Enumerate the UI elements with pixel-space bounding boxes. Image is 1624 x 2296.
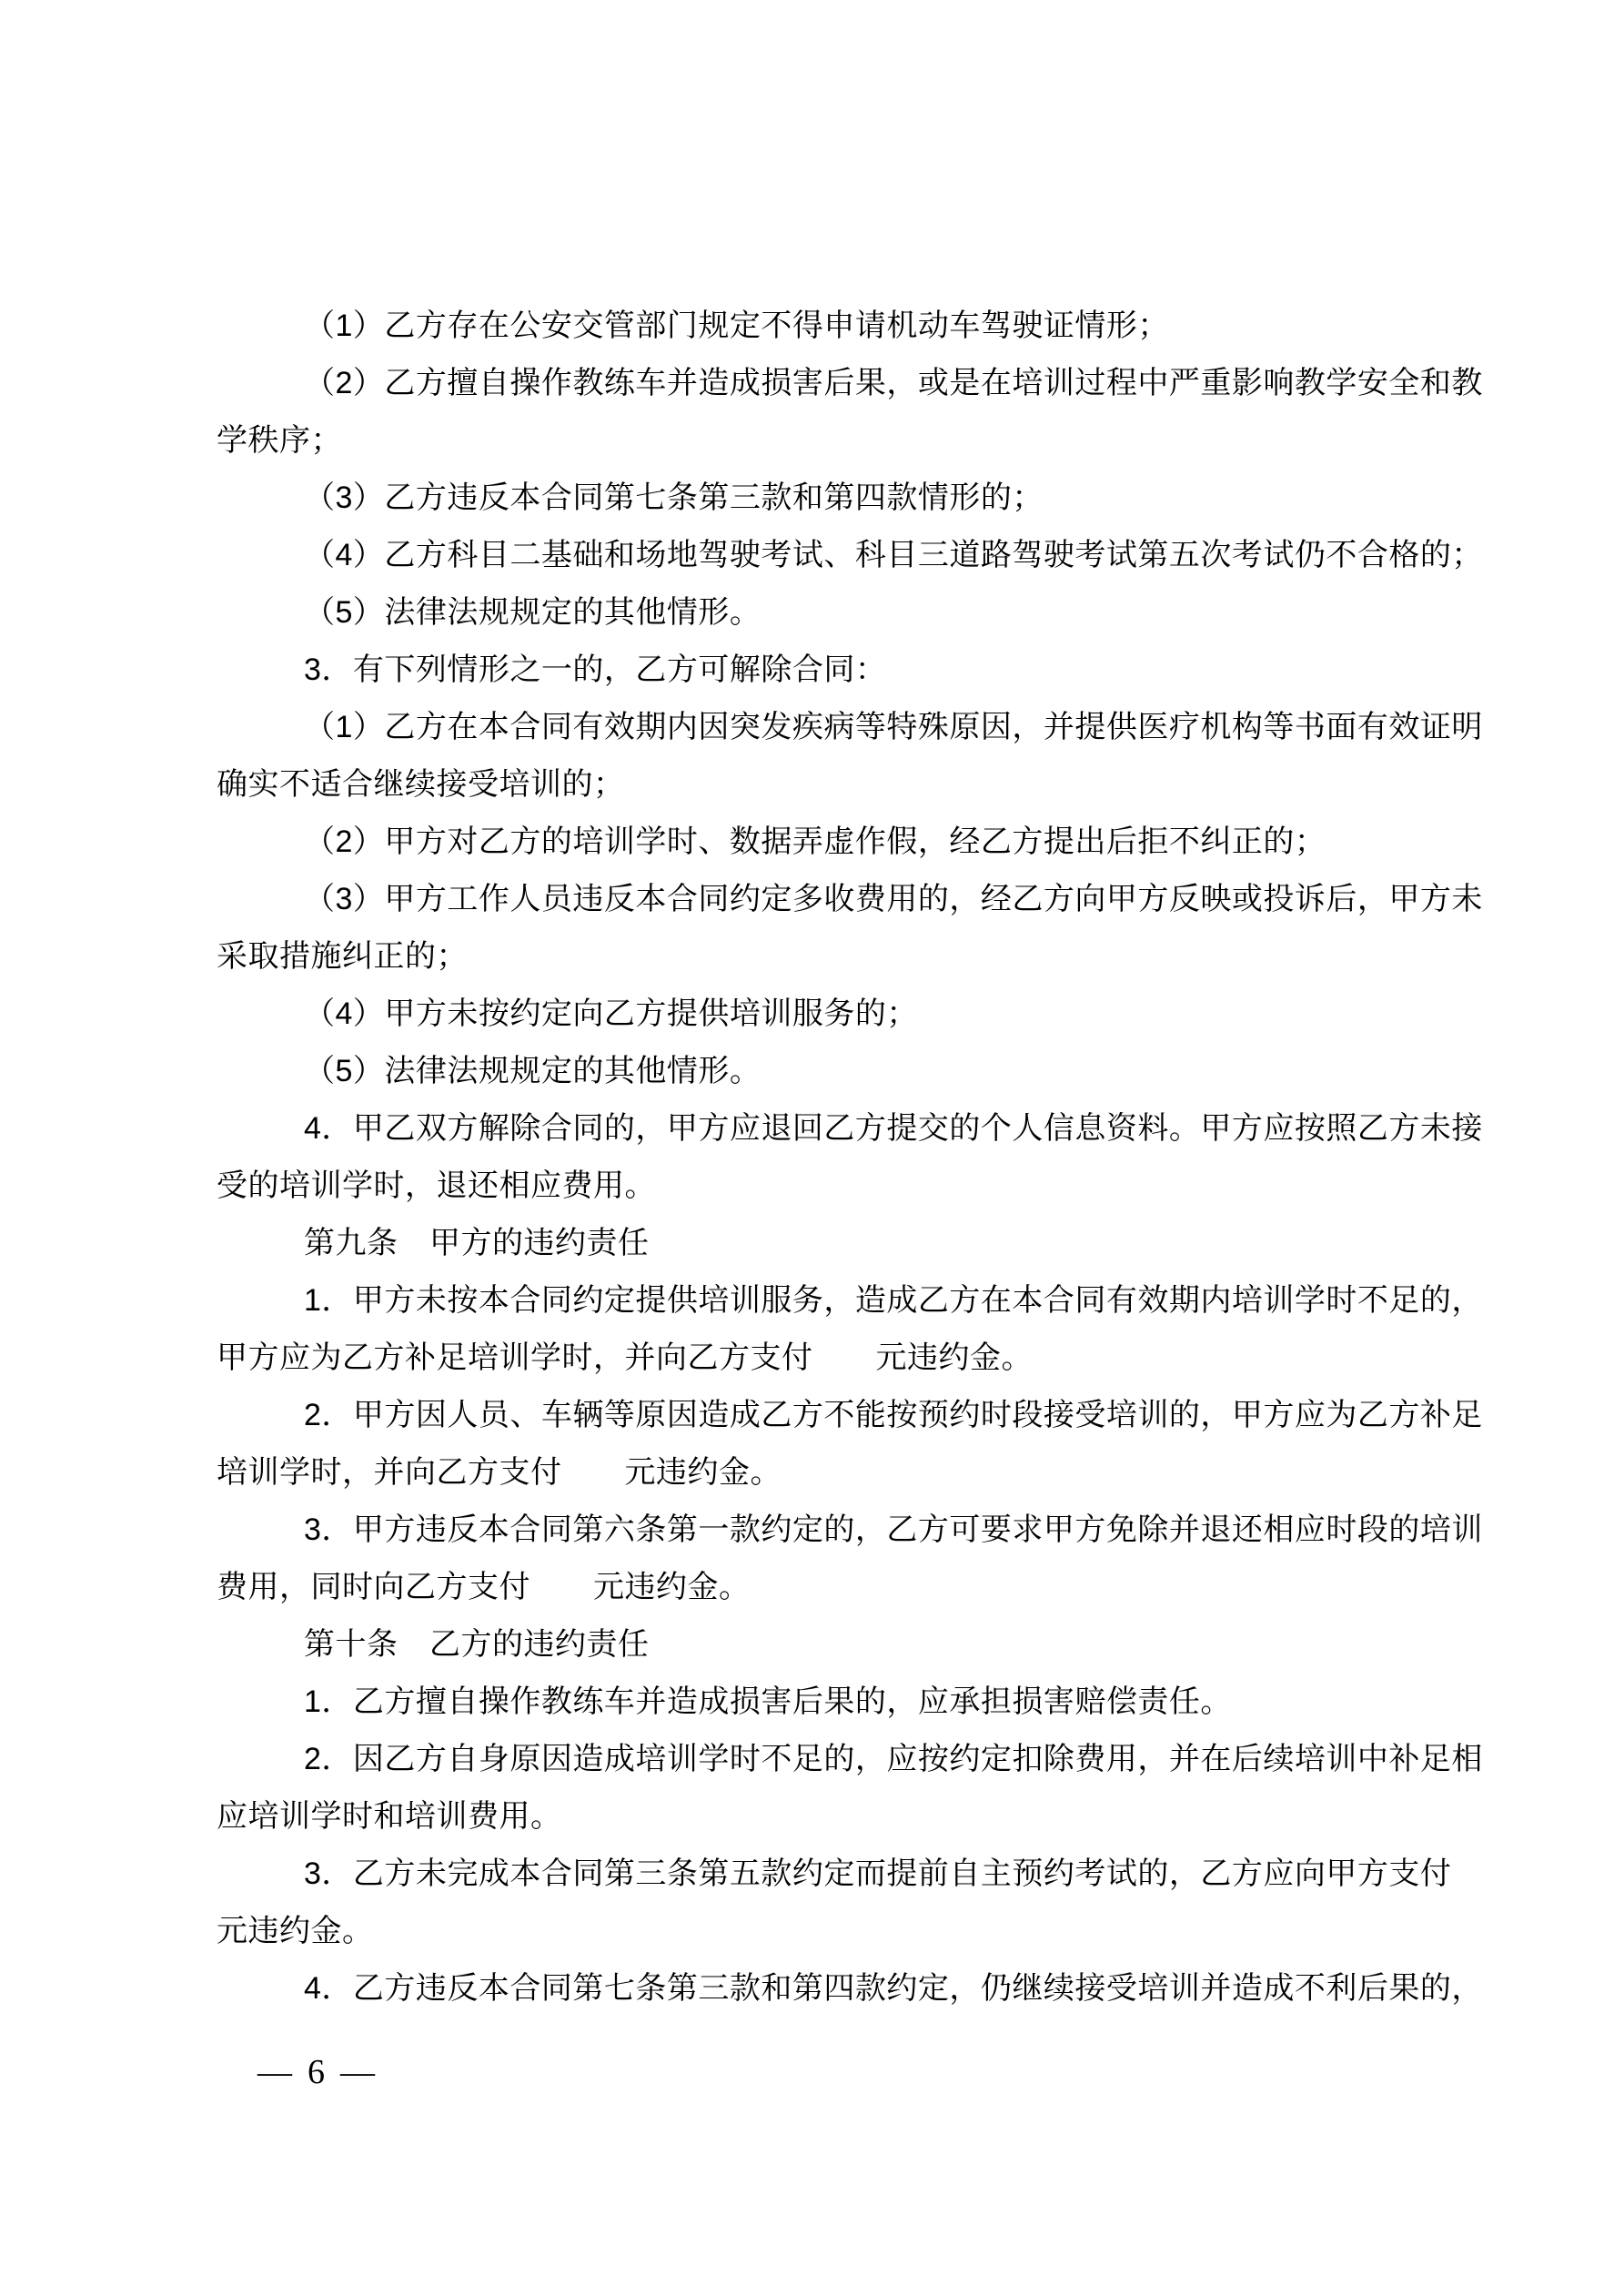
text-line: 采取措施纠正的； [217, 928, 1508, 986]
text-line: （2）甲方对乙方的培训学时、数据弄虚作假，经乙方提出后拒不纠正的； [217, 814, 1508, 871]
text-line: （1）乙方存在公安交管部门规定不得申请机动车驾驶证情形； [217, 298, 1508, 355]
text-line: 受的培训学时，退还相应费用。 [217, 1158, 1508, 1215]
text-line: （4）乙方科目二基础和场地驾驶考试、科目三道路驾驶考试第五次考试仍不合格的； [217, 527, 1508, 584]
text-line: 应培训学时和培训费用。 [217, 1788, 1508, 1846]
article-heading: 第十条 乙方的违约责任 [217, 1616, 1508, 1674]
text-line: 3．乙方未完成本合同第三条第五款约定而提前自主预约考试的，乙方应向甲方支付 [217, 1846, 1508, 1903]
text-line: （2）乙方擅自操作教练车并造成损害后果，或是在培训过程中严重影响教学安全和教 [217, 355, 1508, 412]
text-line: 学秩序； [217, 412, 1508, 470]
text-line: 4．乙方违反本合同第七条第三款和第四款约定，仍继续接受培训并造成不利后果的， [217, 1960, 1508, 2018]
text-line: 1．乙方擅自操作教练车并造成损害后果的，应承担损害赔偿责任。 [217, 1674, 1508, 1731]
text-line: 费用，同时向乙方支付 元违约金。 [217, 1559, 1508, 1616]
text-line: （3）乙方违反本合同第七条第三款和第四款情形的； [217, 470, 1508, 527]
text-line: 甲方应为乙方补足培训学时，并向乙方支付 元违约金。 [217, 1330, 1508, 1387]
page-footer: —6— [257, 2051, 375, 2093]
contract-body: （1）乙方存在公安交管部门规定不得申请机动车驾驶证情形；（2）乙方擅自操作教练车… [217, 298, 1508, 2018]
footer-dash-left: — [257, 2053, 292, 2091]
text-line: （5）法律法规规定的其他情形。 [217, 584, 1508, 642]
text-line: 2．因乙方自身原因造成培训学时不足的，应按约定扣除费用，并在后续培训中补足相 [217, 1731, 1508, 1788]
page-number: 6 [308, 2053, 325, 2091]
text-line: （3）甲方工作人员违反本合同约定多收费用的，经乙方向甲方反映或投诉后，甲方未 [217, 871, 1508, 928]
text-line: 培训学时，并向乙方支付 元违约金。 [217, 1444, 1508, 1502]
text-line: 元违约金。 [217, 1903, 1508, 1960]
text-line: 3．甲方违反本合同第六条第一款约定的，乙方可要求甲方免除并退还相应时段的培训 [217, 1502, 1508, 1559]
text-line: 3．有下列情形之一的，乙方可解除合同： [217, 642, 1508, 699]
text-line: 确实不适合继续接受培训的； [217, 756, 1508, 814]
footer-dash-right: — [340, 2053, 375, 2091]
text-line: （1）乙方在本合同有效期内因突发疾病等特殊原因，并提供医疗机构等书面有效证明 [217, 699, 1508, 756]
text-line: 4．甲乙双方解除合同的，甲方应退回乙方提交的个人信息资料。甲方应按照乙方未接 [217, 1100, 1508, 1158]
text-line: 2．甲方因人员、车辆等原因造成乙方不能按预约时段接受培训的，甲方应为乙方补足 [217, 1387, 1508, 1444]
article-heading: 第九条 甲方的违约责任 [217, 1215, 1508, 1272]
contract-page: （1）乙方存在公安交管部门规定不得申请机动车驾驶证情形；（2）乙方擅自操作教练车… [0, 0, 1624, 2296]
text-line: （5）法律法规规定的其他情形。 [217, 1043, 1508, 1100]
text-line: （4）甲方未按约定向乙方提供培训服务的； [217, 986, 1508, 1043]
text-line: 1．甲方未按本合同约定提供培训服务，造成乙方在本合同有效期内培训学时不足的， [217, 1272, 1508, 1330]
